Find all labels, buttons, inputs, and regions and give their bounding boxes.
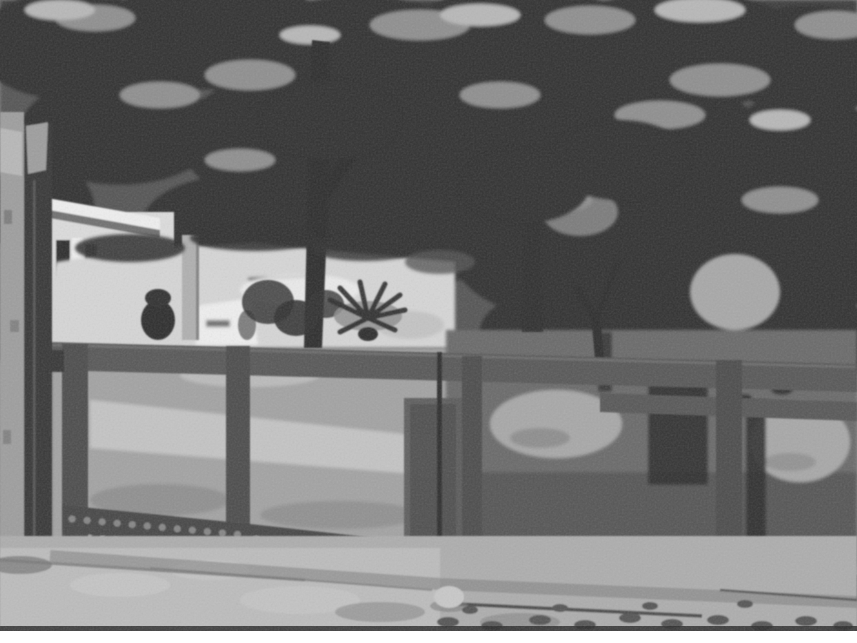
film-grain (0, 0, 857, 631)
photograph (0, 0, 857, 643)
page-margin (0, 631, 857, 643)
photo-frame (0, 0, 857, 643)
